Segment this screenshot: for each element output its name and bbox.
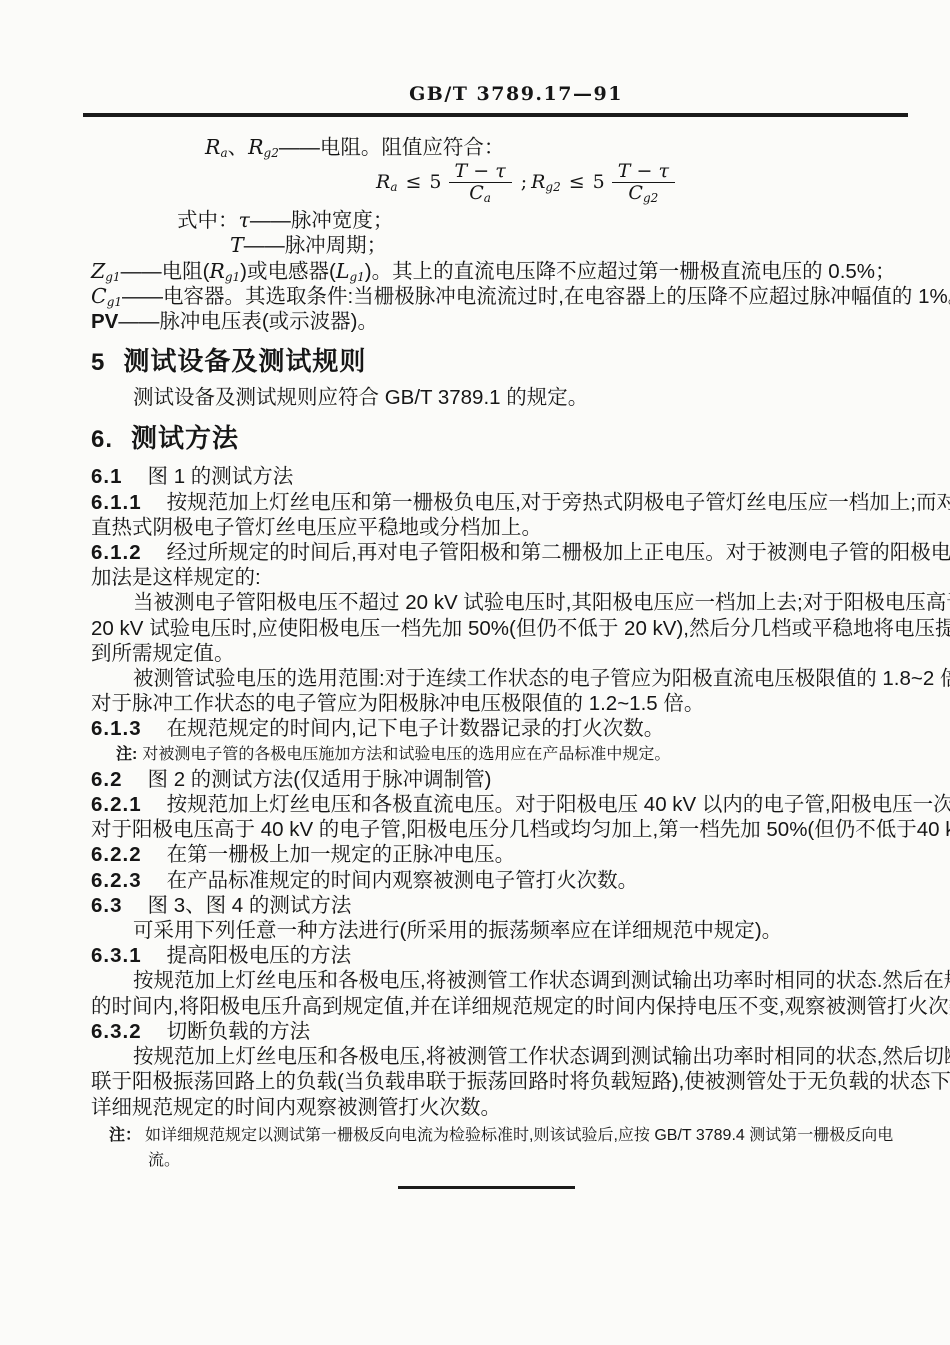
- where-tau: 式中：τ——脉冲宽度；: [91, 208, 941, 233]
- note-label: 注：: [109, 1127, 141, 1144]
- text-segment: ——电阻。阻值应符合：: [279, 136, 505, 159]
- text-segment: C: [91, 284, 107, 308]
- clause-6-3-1: 6.3.1提高阳极电压的方法: [91, 943, 941, 968]
- text-segment: 的时间内,将阳极电压升高到规定值,并在详细规范规定的时间内保持电压不变,观察被测…: [91, 995, 950, 1018]
- text-segment: 如详细规范规定以测试第一栅极反向电流为检验标准时,则该试验后,应按 GB/T 3…: [145, 1127, 893, 1144]
- text-segment: τ: [239, 208, 250, 232]
- document-content: GB/T 3789.17—91 Ra、Rg2——电阻。阻值应符合：Ra≤5T −…: [0, 0, 950, 1189]
- section-5-heading: 5测试设备及测试规则: [91, 347, 941, 377]
- para-test-voltage-range-cont: 对于脉冲工作状态的电子管应为阳极脉冲电压极限值的 1.2~1.5 倍。: [91, 691, 941, 716]
- clause-number: 6.2.2: [91, 843, 142, 866]
- text-segment: 按规范加上灯丝电压和各极电压,将被测管工作状态调到测试输出功率时相同的状态,然后…: [133, 1045, 950, 1068]
- text-segment: 加法是这样规定的:: [91, 566, 261, 589]
- fraction: T − τCg2: [612, 162, 675, 204]
- text-segment: 在产品标准规定的时间内观察被测电子管打火次数。: [167, 869, 639, 892]
- where-T: T——脉冲周期；: [91, 233, 941, 258]
- text-segment: 对于脉冲工作状态的电子管应为阳极脉冲电压极限值的 1.2~1.5 倍。: [91, 692, 704, 715]
- clause-6-2-1: 6.2.1按规范加上灯丝电压和各极直流电压。对于阳极电压 40 kV 以内的电子…: [91, 792, 941, 817]
- text-segment: ——脉冲宽度；: [250, 209, 394, 232]
- text-segment: 对被测电子管的各极电压施加方法和试验电压的选用应在产品标准中规定。: [142, 746, 670, 763]
- text-segment: ——脉冲电压表(或示波器)。: [118, 310, 378, 333]
- text-segment: Z: [91, 259, 105, 283]
- text-segment: 图 1 的测试方法: [148, 465, 294, 488]
- text-segment: 图 3、图 4 的测试方法: [148, 894, 352, 917]
- text-segment: 提高阳极电压的方法: [167, 944, 352, 967]
- clause-6-2-1-cont: 对于阳极电压高于 40 kV 的电子管,阳极电压分几档或均匀加上,第一档先加 5…: [91, 817, 941, 842]
- text-segment: 经过所规定的时间后,再对电子管阳极和第二栅极加上正电压。对于被测电子管的阳极电压…: [167, 541, 950, 564]
- subscript: a: [390, 180, 397, 194]
- text-segment: 切断负载的方法: [167, 1020, 311, 1043]
- document-page: GB/T 3789.17—91 Ra、Rg2——电阻。阻值应符合：Ra≤5T −…: [0, 0, 950, 1345]
- coefficient: 5: [429, 171, 441, 193]
- end-of-text-rule: [398, 1186, 575, 1189]
- text-segment: C: [628, 182, 643, 204]
- clause-6-1-2-cont: 加法是这样规定的:: [91, 565, 941, 590]
- clause-6-2-3: 6.2.3在产品标准规定的时间内观察被测电子管打火次数。: [91, 868, 941, 893]
- fraction-numerator: T − τ: [449, 162, 512, 183]
- text-segment: )。其上的直流电压降不应超过第一栅极直流电压的 0.5%；: [365, 260, 896, 283]
- text-segment: 到所需规定值。: [91, 642, 235, 665]
- text-segment: 可采用下列任意一种方法进行(所采用的振荡频率应在详细规范中规定)。: [133, 919, 782, 942]
- para-anode-voltage: 当被测电子管阳极电压不超过 20 kV 试验电压时,其阳极电压应一档加上去;对于…: [91, 590, 941, 615]
- fraction-numerator: T − τ: [612, 162, 675, 183]
- text-segment: ——脉冲周期；: [244, 234, 388, 257]
- resistor-definition: Ra、Rg2——电阻。阻值应符合：: [91, 135, 941, 160]
- text-segment: R: [248, 135, 263, 159]
- text-segment: 按规范加上灯丝电压和第一栅极负电压,对于旁热式阴极电子管灯丝电压应一档加上;而对…: [167, 491, 950, 514]
- note-6-3-2-cont: 流。: [91, 1148, 941, 1173]
- para-6-3-2-cont2: 详细规范规定的时间内观察被测管打火次数。: [91, 1095, 941, 1120]
- subscript: a: [484, 191, 491, 205]
- text-segment: 流。: [148, 1152, 180, 1169]
- text-segment: C: [469, 182, 484, 204]
- para-6-3-2-cont1: 联于阳极振荡回路上的负载(当负载串联于振荡回路时将负载短路),使被测管处于无负载…: [91, 1069, 941, 1094]
- document-body: Ra、Rg2——电阻。阻值应符合：Ra≤5T − τCa;Rg2≤5T − τC…: [91, 135, 941, 1173]
- term-PV: PV——脉冲电压表(或示波器)。: [91, 309, 941, 334]
- clause-number: 6.3.1: [91, 944, 142, 967]
- clause-6-2: 6.2图 2 的测试方法(仅适用于脉冲调制管): [91, 767, 941, 792]
- text-segment: )或电感器(: [240, 260, 336, 283]
- text-segment: 测试设备及测试规则应符合 GB/T 3789.1 的规定。: [133, 386, 588, 409]
- text-segment: L: [336, 259, 350, 283]
- text-segment: ——电容器。其选取条件:当栅极脉冲电流流过时,在电容器上的压降不应超过脉冲幅值的…: [122, 285, 950, 308]
- text-segment: 按规范加上灯丝电压和各极电压,将被测管工作状态调到测试输出功率时相同的状态.然后…: [133, 969, 950, 992]
- section-5-body: 测试设备及测试规则应符合 GB/T 3789.1 的规定。: [91, 385, 941, 410]
- subscript: g2: [643, 191, 658, 205]
- note-6-3-2: 注：如详细规范规定以测试第一栅极反向电流为检验标准时,则该试验后,应按 GB/T…: [91, 1123, 941, 1148]
- text-segment: R: [531, 171, 545, 193]
- clause-6-1-3: 6.1.3在规范规定的时间内,记下电子计数器记录的打火次数。: [91, 716, 941, 741]
- fraction: T − τCa: [449, 162, 512, 204]
- subscript: g2: [264, 146, 279, 160]
- text-segment: R: [209, 259, 224, 283]
- text-segment: 详细规范规定的时间内观察被测管打火次数。: [91, 1096, 501, 1119]
- text-segment: 测试方法: [131, 423, 239, 453]
- section-6-heading: 6.测试方法: [91, 424, 941, 454]
- text-segment: R: [376, 171, 390, 193]
- text-segment: 20 kV 试验电压时,应使阳极电压一档先加 50%(但仍不低于 20 kV),…: [91, 617, 950, 640]
- text-segment: 被测管试验电压的选用范围:对于连续工作状态的电子管应为阳极直流电压极限值的 1.…: [133, 667, 950, 690]
- note-6-1-3: 注:对被测电子管的各极电压施加方法和试验电压的选用应在产品标准中规定。: [91, 742, 941, 767]
- subscript: g1: [107, 295, 122, 309]
- clause-number: 6.2.1: [91, 793, 142, 816]
- subscript: g1: [349, 270, 364, 284]
- text-segment: 、: [228, 136, 249, 159]
- subscript: g1: [105, 270, 120, 284]
- fraction-denominator: Cg2: [628, 183, 658, 204]
- note-label: 注:: [116, 746, 137, 763]
- text-segment: 测试设备及测试规则: [123, 346, 366, 376]
- clause-number: 6.3.2: [91, 1020, 142, 1043]
- text-segment: 在第一栅极上加一规定的正脉冲电压。: [167, 843, 516, 866]
- formula-separator: ;: [521, 171, 527, 193]
- text-segment: T: [230, 233, 244, 257]
- text-segment: 联于阳极振荡回路上的负载(当负载串联于振荡回路时将负载短路),使被测管处于无负载…: [91, 1070, 950, 1093]
- para-6-3-1: 按规范加上灯丝电压和各极电压,将被测管工作状态调到测试输出功率时相同的状态.然后…: [91, 968, 941, 993]
- text-segment: 直热式阴极电子管灯丝电压应平稳地或分档加上。: [91, 516, 542, 539]
- para-anode-voltage-cont1: 20 kV 试验电压时,应使阳极电压一档先加 50%(但仍不低于 20 kV),…: [91, 616, 941, 641]
- para-6-3-intro: 可采用下列任意一种方法进行(所采用的振荡频率应在详细规范中规定)。: [91, 918, 941, 943]
- text-segment: 图 2 的测试方法(仅适用于脉冲调制管): [148, 768, 492, 791]
- clause-number: 6.1.3: [91, 717, 142, 740]
- clause-6-1-1-cont: 直热式阴极电子管灯丝电压应平稳地或分档加上。: [91, 515, 941, 540]
- text-segment: 在规范规定的时间内,记下电子计数器记录的打火次数。: [167, 717, 665, 740]
- text-segment: 按规范加上灯丝电压和各极直流电压。对于阳极电压 40 kV 以内的电子管,阳极电…: [167, 793, 950, 816]
- relation-symbol: ≤: [406, 171, 422, 193]
- text-segment: 式中：: [177, 209, 239, 232]
- term-Zg1: Zg1——电阻(Rg1)或电感器(Lg1)。其上的直流电压降不应超过第一栅极直流…: [91, 259, 941, 284]
- coefficient: 5: [593, 171, 605, 193]
- clause-number: 6.1.1: [91, 491, 142, 514]
- clause-number: 6.1.2: [91, 541, 142, 564]
- resistance-formula: Ra≤5T − τCa;Rg2≤5T − τCg2: [102, 162, 950, 204]
- para-6-3-1-cont: 的时间内,将阳极电压升高到规定值,并在详细规范规定的时间内保持电压不变,观察被测…: [91, 994, 941, 1019]
- subscript: a: [220, 146, 227, 160]
- fraction-denominator: Ca: [469, 183, 491, 204]
- clause-6-1-2: 6.1.2经过所规定的时间后,再对电子管阳极和第二栅极加上正电压。对于被测电子管…: [91, 540, 941, 565]
- subscript: g1: [225, 270, 240, 284]
- standard-number: GB/T 3789.17—91: [91, 0, 941, 105]
- clause-number: 6.2.3: [91, 869, 142, 892]
- clause-6-1-1: 6.1.1按规范加上灯丝电压和第一栅极负电压,对于旁热式阴极电子管灯丝电压应一档…: [91, 490, 941, 515]
- clause-number: 6.: [91, 426, 113, 453]
- text-segment: 对于阳极电压高于 40 kV 的电子管,阳极电压分几档或均匀加上,第一档先加 5…: [91, 818, 950, 841]
- para-6-3-2: 按规范加上灯丝电压和各极电压,将被测管工作状态调到测试输出功率时相同的状态,然后…: [91, 1044, 941, 1069]
- relation-symbol: ≤: [569, 171, 585, 193]
- text-segment: 当被测电子管阳极电压不超过 20 kV 试验电压时,其阳极电压应一档加上去;对于…: [133, 591, 950, 614]
- term-Cg1: Cg1——电容器。其选取条件:当栅极脉冲电流流过时,在电容器上的压降不应超过脉冲…: [91, 284, 941, 309]
- header-rule: [83, 113, 908, 117]
- clause-number: 5: [91, 349, 105, 376]
- clause-number: 6.3: [91, 894, 123, 917]
- clause-6-1: 6.1图 1 的测试方法: [91, 464, 941, 489]
- clause-number: 6.2: [91, 768, 123, 791]
- para-anode-voltage-cont2: 到所需规定值。: [91, 641, 941, 666]
- clause-6-3-2: 6.3.2切断负载的方法: [91, 1019, 941, 1044]
- text-segment: PV: [91, 310, 118, 333]
- subscript: g2: [545, 180, 560, 194]
- clause-6-3: 6.3图 3、图 4 的测试方法: [91, 893, 941, 918]
- clause-6-2-2: 6.2.2在第一栅极上加一规定的正脉冲电压。: [91, 842, 941, 867]
- clause-number: 6.1: [91, 465, 123, 488]
- text-segment: R: [205, 135, 220, 159]
- para-test-voltage-range: 被测管试验电压的选用范围:对于连续工作状态的电子管应为阳极直流电压极限值的 1.…: [91, 666, 941, 691]
- text-segment: ——电阻(: [121, 260, 210, 283]
